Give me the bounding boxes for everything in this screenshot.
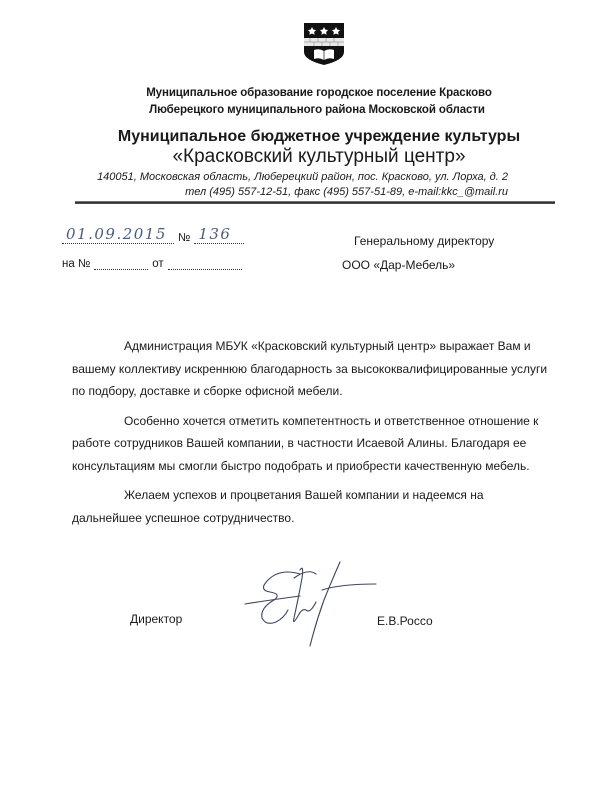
institution-type: Муниципальное бюджетное учреждение культ… [0,128,600,146]
handwritten-date: 01.09.2015 [66,225,167,243]
addressee-position: Генеральному директору [354,234,494,248]
date-field: 01.09.2015 [62,229,174,244]
from-label: от [152,258,163,270]
addressee-company: ООО «Дар-Мебель» [342,258,455,272]
coat-of-arms-icon [303,22,345,66]
from-date-field [168,255,242,270]
signatory-name: Е.В.Россо [377,614,433,628]
reply-to-label: на № [62,258,90,270]
number-field: 136 [194,229,244,244]
paragraph-gratitude: Администрация МБУК «Красковский культурн… [72,335,548,403]
signatory-title: Директор [130,612,182,626]
phone-fax-email: тел (495) 557-12-51, факс (495) 557-51-8… [97,185,508,200]
handwritten-signature-icon [240,560,380,650]
incoming-reference: на № от [62,255,242,270]
institution-name: «Красковский культурный центр» [0,146,600,168]
paragraph-employee-mention: Особенно хочется отметить компетентность… [72,410,548,478]
handwritten-number: 136 [198,225,231,243]
postal-address: 140051, Московская область, Люберецкий р… [97,170,508,185]
paragraph-wishes: Желаем успехов и процветания Вашей компа… [72,484,548,529]
reply-to-number-field [94,255,148,270]
letterhead-divider [75,201,555,204]
outgoing-registration: 01.09.2015 № 136 [62,229,244,244]
municipality-line-1: Муниципальное образование городское посе… [0,87,600,99]
municipality-line-2: Люберецкого муниципального района Москов… [0,104,600,116]
number-label: № [178,232,190,244]
contact-block: 140051, Московская область, Люберецкий р… [97,170,508,200]
letter-body: Администрация МБУК «Красковский культурн… [72,335,548,536]
